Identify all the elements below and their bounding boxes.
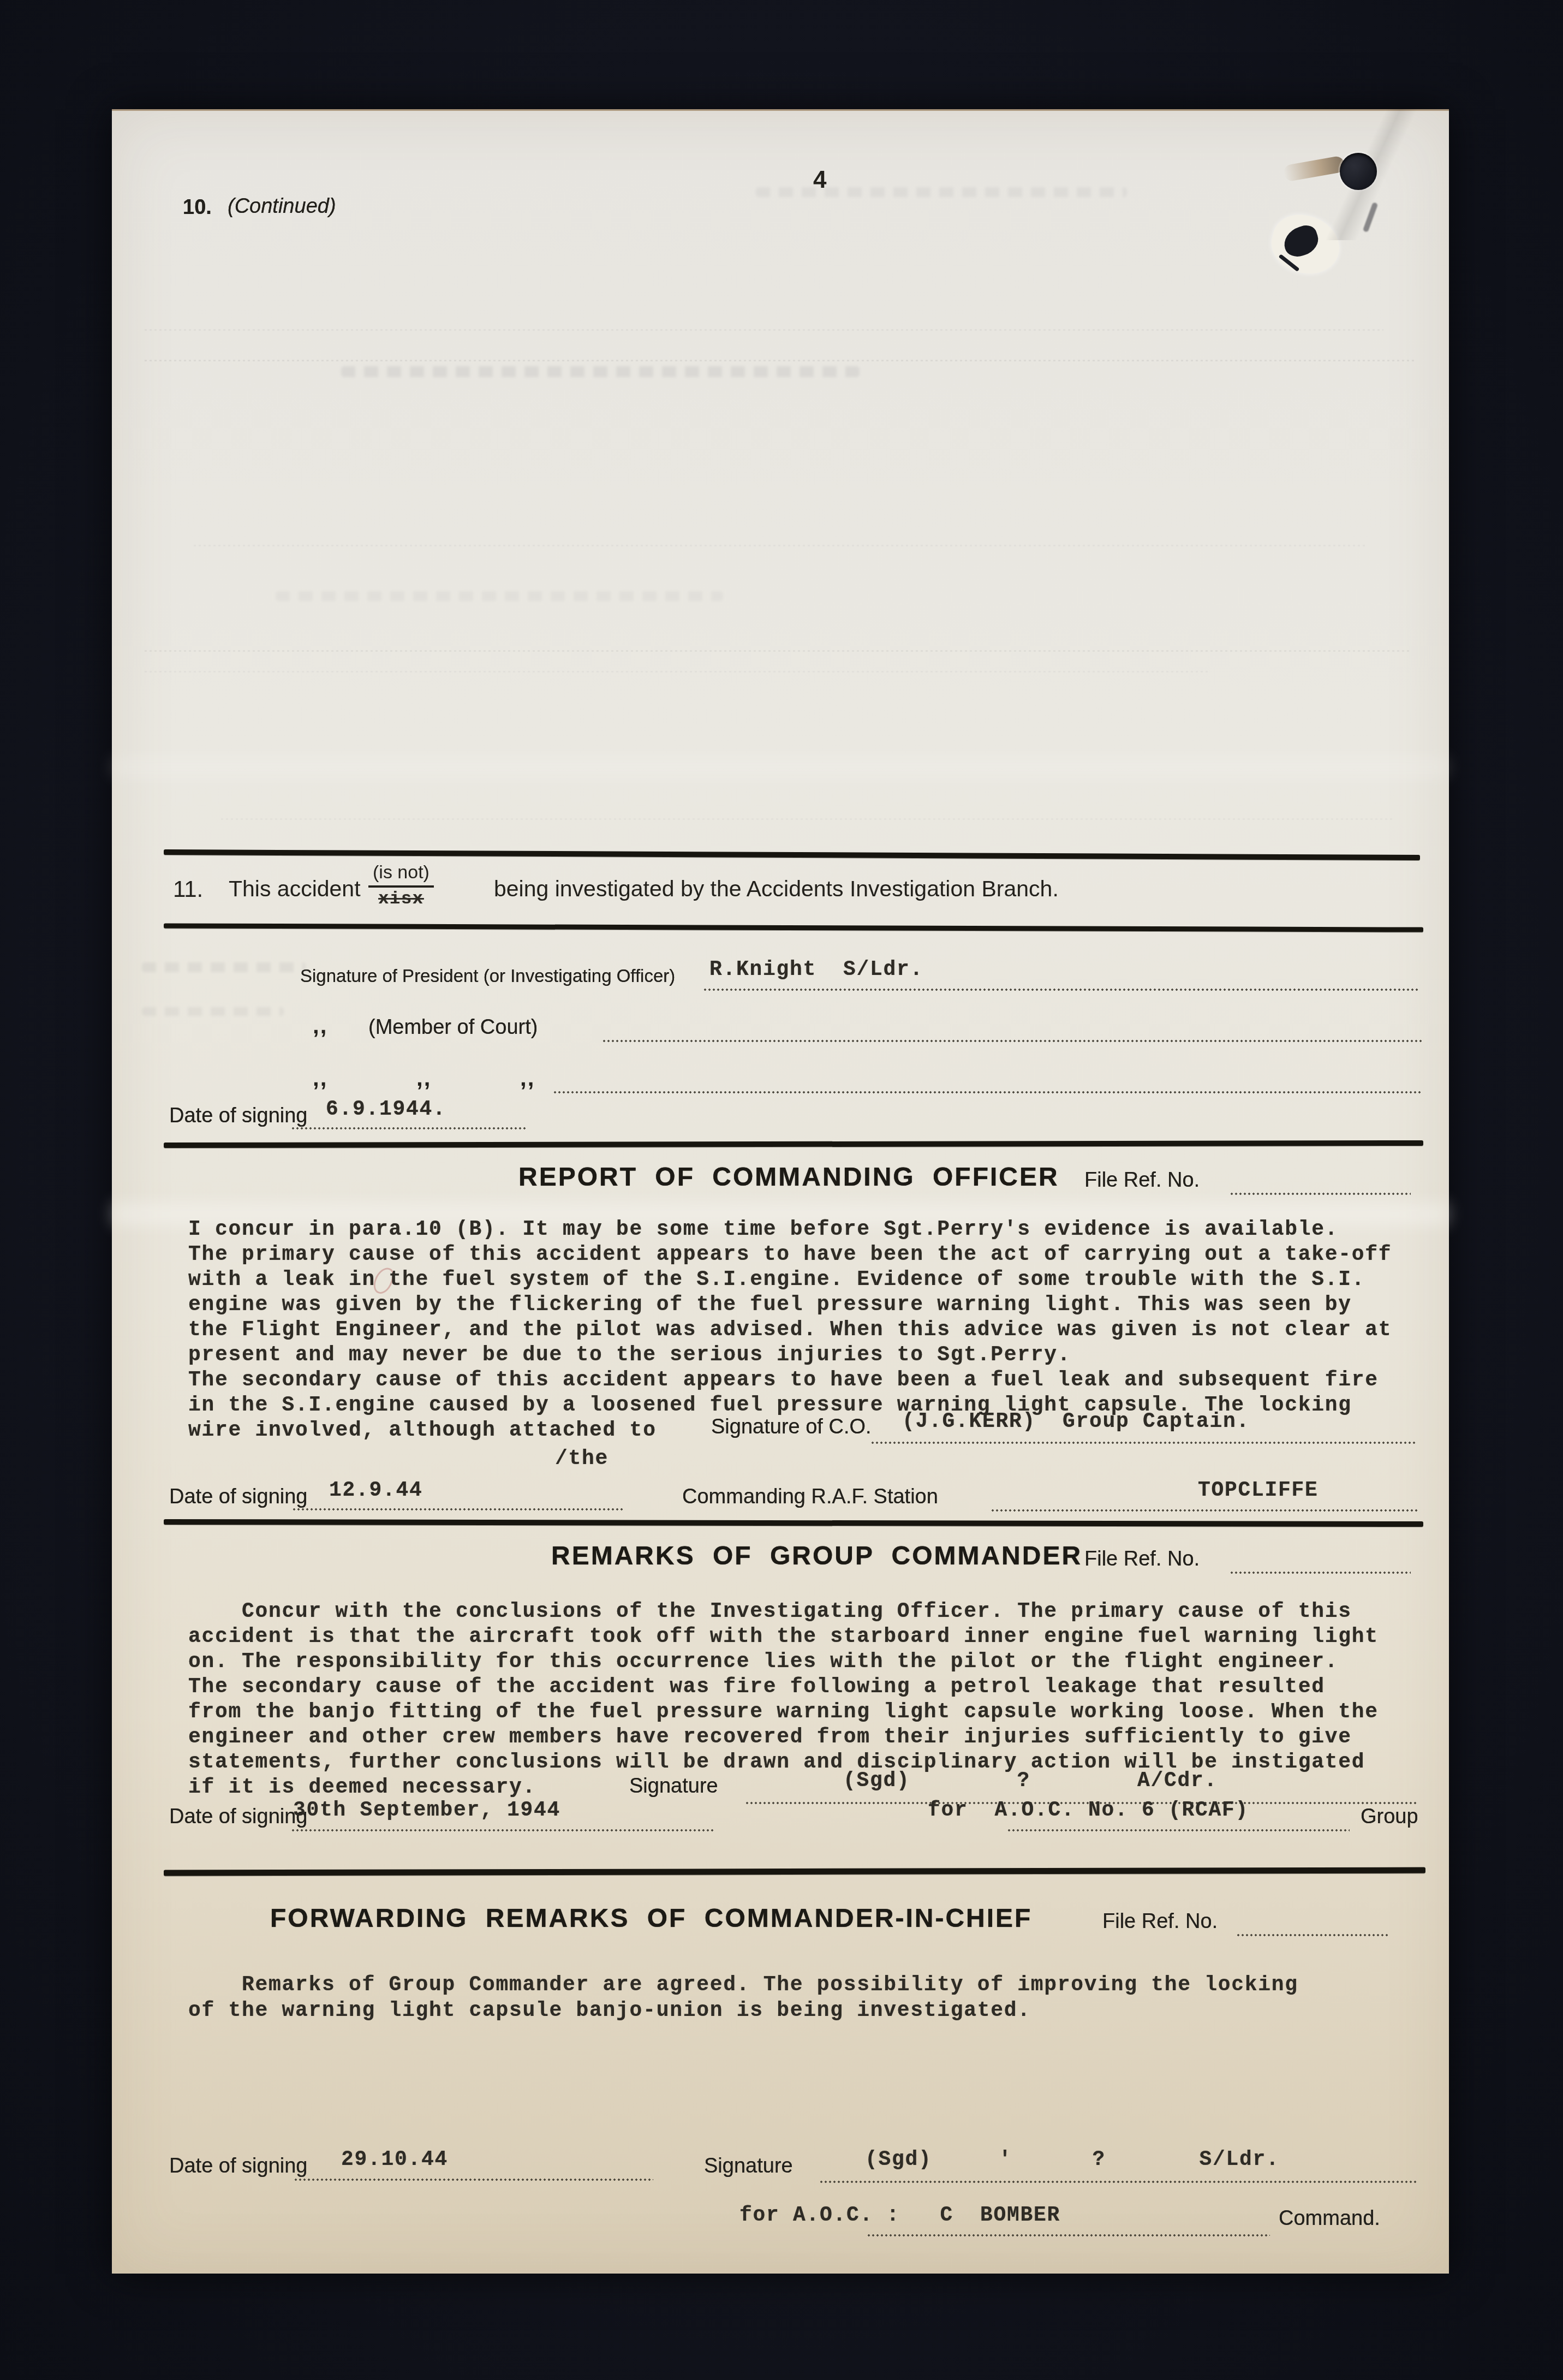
gc-body-line: engineer and other crew members have rec… [188,1725,1379,1751]
gc-body-line: The secondary cause of the accident was … [188,1675,1379,1700]
ditto-mark: ,, [313,1065,327,1091]
co-body-line: the Flight Engineer, and the pilot was a… [188,1318,1392,1343]
group-label: Group [1361,1805,1418,1829]
bleed-line [221,818,1394,820]
dotted-leader [1231,1572,1411,1574]
gc-body-line: from the banjo fitting of the fuel press… [188,1700,1379,1725]
co-body-line: engine was given by the flickering of th… [188,1293,1392,1318]
gc-date-of-signing-label: Date of signing [169,1805,308,1829]
bleed-smudge [142,962,306,972]
dotted-leader [1008,1829,1350,1832]
cinc-date-of-signing-value: 29.10.44 [341,2148,448,2171]
cinc-signature-label: Signature [704,2155,793,2178]
bleed-smudge [341,366,860,377]
is-not-fraction-top: (is not) [368,862,434,888]
co-signature-label: Signature of C.O. [711,1415,872,1439]
president-signature-label: Signature of President (or Investigating… [300,966,675,986]
dotted-leader [704,989,1419,991]
gc-body-line: on. The responsibility for this occurren… [188,1650,1379,1675]
bleed-line [145,329,1383,331]
co-date-of-signing-value: 12.9.44 [329,1479,423,1502]
dotted-leader [820,2181,1417,2183]
co-body-line: I concur in para.10 (B). It may be some … [188,1218,1392,1243]
bleed-smudge [756,187,1127,197]
scan-band [112,758,1449,776]
gc-date-of-signing-value: 30th September, 1944 [293,1799,560,1822]
gc-body-line: accident is that the aircraft took off w… [188,1625,1379,1650]
cinc-title: FORWARDING REMARKS OF COMMANDER-IN-CHIEF [270,1903,1032,1933]
heavy-rule [164,1867,1425,1876]
scanned-page: 10. (Continued) 4 11. This accident (is … [112,109,1449,2274]
gc-for-value: for A.O.C. No. 6 (RCAF) [928,1799,1249,1822]
co-body-line: The primary cause of this accident appea… [188,1243,1392,1268]
gc-signature-value: (Sgd) ? A/Cdr. [843,1769,1218,1793]
dotted-leader [1231,1193,1411,1195]
dotted-leader [868,2234,1270,2237]
cinc-for-value: for A.O.C. : C BOMBER [739,2204,1060,2227]
paragraph-continued-note: (Continued) [228,195,336,218]
gc-signature-label: Signature [629,1775,718,1798]
dotted-leader [292,1127,527,1130]
date-of-signing-value: 6.9.1944. [326,1098,446,1121]
dotted-leader [603,1040,1422,1043]
co-date-of-signing-label: Date of signing [169,1485,308,1509]
cinc-body-line: Remarks of Group Commander are agreed. T… [188,1973,1298,1999]
heavy-rule [164,1519,1423,1527]
ditto-mark: ,, [520,1065,535,1091]
member-of-court-label: (Member of Court) [368,1016,538,1039]
co-body-line: present and may never be due to the seri… [188,1343,1392,1368]
gc-title: REMARKS OF GROUP COMMANDER [551,1541,1082,1571]
dotted-leader [992,1509,1417,1512]
gc-body-line: Concur with the conclusions of the Inves… [188,1600,1379,1625]
bleed-line [145,671,1209,673]
bleed-smudge [142,1007,284,1016]
heavy-rule [164,849,1420,860]
bleed-line [194,545,1367,546]
section-11-text-before: This accident [229,876,361,902]
photo-background: 10. (Continued) 4 11. This accident (is … [0,0,1563,2380]
heavy-rule [164,923,1423,932]
is-not-fraction-struck: xisx [378,889,424,909]
dotted-leader [292,1829,715,1832]
ditto-mark: ,, [416,1065,431,1091]
co-station-label: Commanding R.A.F. Station [682,1485,938,1509]
heavy-rule [164,1140,1423,1148]
dotted-leader [872,1442,1417,1444]
gc-file-ref-label: File Ref. No. [1084,1548,1200,1571]
cinc-body-line: of the warning light capsule banjo-union… [188,1999,1298,2025]
cinc-body: Remarks of Group Commander are agreed. T… [188,1973,1298,2025]
cinc-file-ref-label: File Ref. No. [1102,1910,1218,1933]
dotted-leader [295,2179,653,2181]
co-file-ref-label: File Ref. No. [1084,1169,1200,1192]
dotted-leader [554,1091,1422,1094]
dotted-leader [293,1508,624,1511]
co-body-line: The secondary cause of this accident app… [188,1368,1392,1394]
dotted-leader [1237,1934,1390,1937]
section-11-number: 11. [173,876,203,902]
cinc-signature-value: (Sgd) ' ? S/Ldr. [865,2148,1280,2171]
section-11-text-after: being investigated by the Accidents Inve… [494,876,1059,902]
bleed-line [145,360,1416,361]
ditto-mark: ,, [313,1013,327,1039]
paper-crease [1255,109,1484,240]
president-signature-value: R.Knight S/Ldr. [709,958,923,981]
command-label: Command. [1279,2207,1380,2230]
bleed-smudge [276,591,723,601]
typed-fragment-the: /the [555,1447,609,1471]
cinc-date-of-signing-label: Date of signing [169,2155,308,2178]
co-body-line: with a leak in the fuel system of the S.… [188,1268,1392,1293]
bleed-line [145,650,1411,652]
co-station-value: TOPCLIFFE [1198,1479,1319,1502]
co-signature-value: (J.G.KERR) Group Captain. [902,1410,1250,1433]
date-of-signing-label: Date of signing [169,1104,308,1128]
co-report-title: REPORT OF COMMANDING OFFICER [518,1162,1059,1192]
is-not-fraction: (is not) xisx [368,862,434,909]
paragraph-number: 10. [183,196,212,219]
